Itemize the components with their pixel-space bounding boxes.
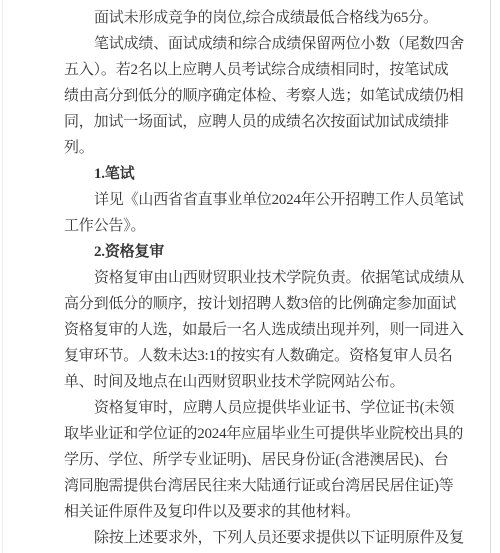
doc-line: 湾同胞需提供台湾居民往来大陆通行证或台湾居民居住证)等	[64, 473, 484, 499]
heading-written-test: 1.笔试	[64, 161, 484, 187]
doc-line: 面试未形成竞争的岗位,综合成绩最低合格线为65分。	[64, 5, 484, 31]
doc-line: 笔试成绩、面试成绩和综合成绩保留两位小数（尾数四舍	[64, 31, 484, 57]
doc-line: 详见《山西省省直事业单位2024年公开招聘工作人员笔试	[64, 187, 484, 213]
doc-line: 列。	[64, 135, 484, 161]
doc-line: 工作公告》。	[64, 213, 484, 239]
doc-line: 绩由高分到低分的顺序确定体检、考察人选；如笔试成绩仍相	[64, 83, 484, 109]
doc-line: 五入）。若2名以上应聘人员考试综合成绩相同时，按笔试成	[64, 57, 484, 83]
doc-line: 复审环节。人数未达3:1的按实有人数确定。资格复审人员名	[64, 343, 484, 369]
doc-line: 取毕业证和学位证的2024年应届毕业生可提供毕业院校出具的	[64, 421, 484, 447]
doc-line: 资格复审的人选，如最后一名人选成绩出现并列，则一同进入	[64, 317, 484, 343]
heading-qualification-review: 2.资格复审	[64, 239, 484, 265]
doc-line: 资格复审由山西财贸职业技术学院负责。依据笔试成绩从	[64, 265, 484, 291]
doc-line: 高分到低分的顺序，按计划招聘人数3倍的比例确定参加面试	[64, 291, 484, 317]
doc-line: 资格复审时，应聘人员应提供毕业证书、学位证书(未领	[64, 395, 484, 421]
document-page: 面试未形成竞争的岗位,综合成绩最低合格线为65分。 笔试成绩、面试成绩和综合成绩…	[0, 0, 500, 553]
doc-line: 学历、学位、所学专业证明)、居民身份证(含港澳居民)、台	[64, 447, 484, 473]
doc-line: 单、时间及地点在山西财贸职业技术学院网站公布。	[64, 369, 484, 395]
page-edge-right	[490, 0, 491, 553]
doc-line: 相关证件原件及复印件以及要求的其他材料。	[64, 499, 484, 525]
doc-line: 除按上述要求外，下列人员还要求提供以下证明原件及复	[64, 525, 484, 551]
document-content: 面试未形成竞争的岗位,综合成绩最低合格线为65分。 笔试成绩、面试成绩和综合成绩…	[64, 5, 484, 551]
page-edge-left	[2, 0, 3, 553]
doc-line: 同，加试一场面试，应聘人员的成绩名次按面试加试成绩排	[64, 109, 484, 135]
